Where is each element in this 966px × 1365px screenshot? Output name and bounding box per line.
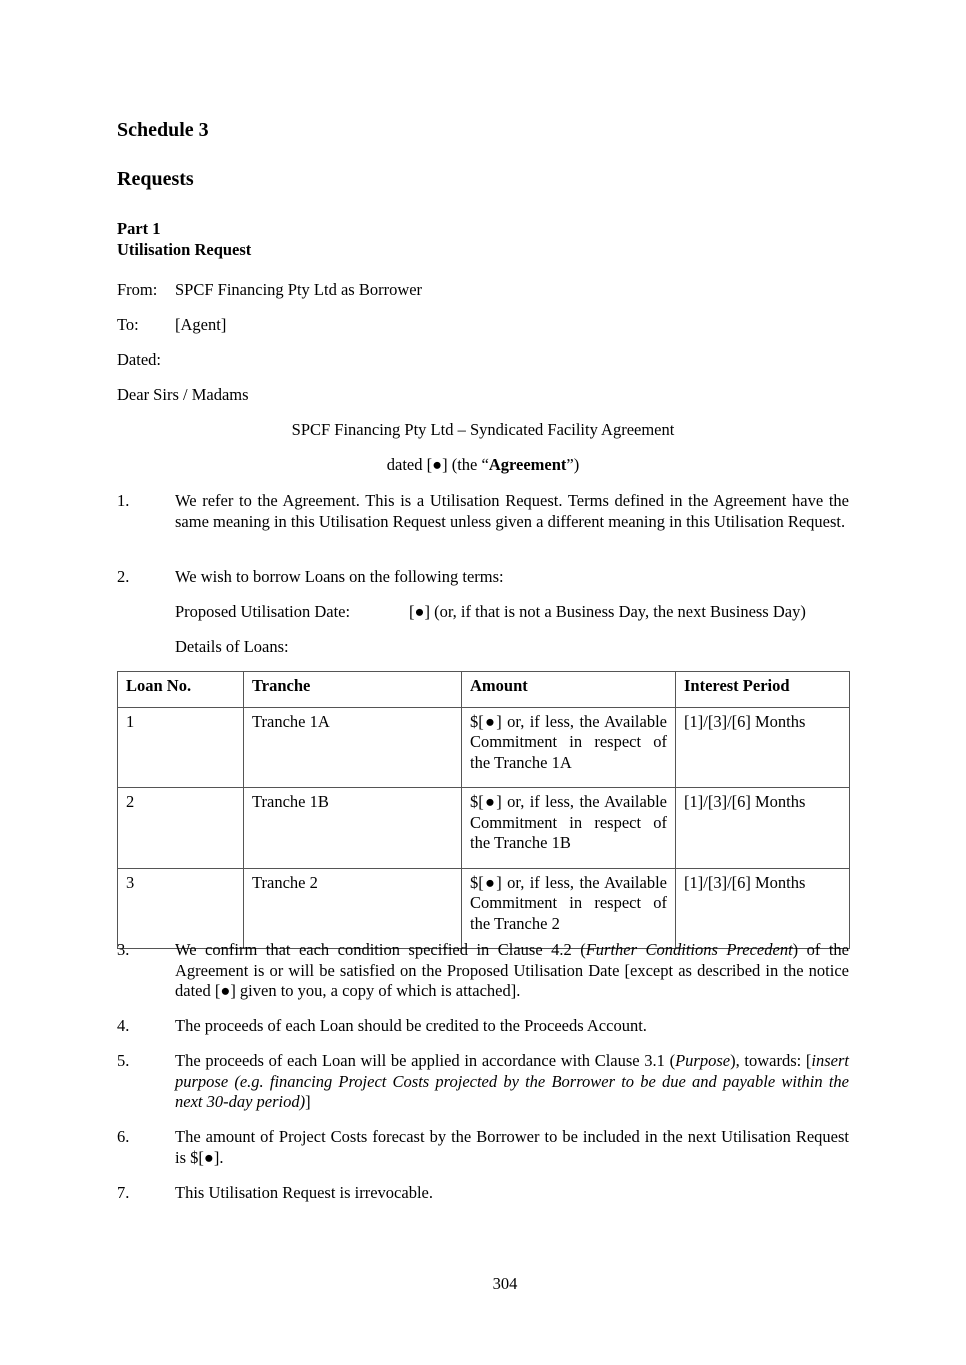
amount-cell: $[●] or, if less, the Available Commitme…	[462, 707, 676, 788]
proposed-utilisation-date-label: Proposed Utilisation Date:	[175, 602, 350, 623]
column-header-amount: Amount	[462, 672, 676, 708]
dated-line-suffix: ”)	[566, 455, 579, 474]
clause-5-text: The proceeds of each Loan will be applie…	[175, 1051, 849, 1113]
clause-3-reference: Further Conditions Precedent	[586, 940, 793, 959]
clause-2-text: We wish to borrow Loans on the following…	[175, 567, 849, 588]
clause-3-number: 3.	[117, 940, 129, 961]
tranche-cell: Tranche 1A	[244, 707, 462, 788]
amount-cell: $[●] or, if less, the Available Commitme…	[462, 868, 676, 949]
agreement-defined-term: Agreement	[489, 455, 567, 474]
agreement-dated-line: dated [●] (the “Agreement”)	[117, 455, 849, 476]
clause-5-number: 5.	[117, 1051, 129, 1072]
tranche-cell: Tranche 2	[244, 868, 462, 949]
dated-line-prefix: dated [●] (the “	[387, 455, 489, 474]
salutation: Dear Sirs / Madams	[117, 385, 249, 406]
requests-heading: Requests	[117, 167, 194, 191]
page-number: 304	[0, 1274, 966, 1295]
interest-period-cell: [1]/[3]/[6] Months	[676, 788, 850, 869]
interest-period-cell: [1]/[3]/[6] Months	[676, 868, 850, 949]
agreement-subject: SPCF Financing Pty Ltd – Syndicated Faci…	[117, 420, 849, 441]
table-row: 3 Tranche 2 $[●] or, if less, the Availa…	[118, 868, 850, 949]
part-heading: Part 1	[117, 219, 161, 240]
amount-cell: $[●] or, if less, the Available Commitme…	[462, 788, 676, 869]
clause-4-number: 4.	[117, 1016, 129, 1037]
clause-3-text: We confirm that each condition specified…	[175, 940, 849, 1002]
table-row: 1 Tranche 1A $[●] or, if less, the Avail…	[118, 707, 850, 788]
tranche-cell: Tranche 1B	[244, 788, 462, 869]
part-title-heading: Utilisation Request	[117, 240, 251, 261]
proposed-utilisation-date-value: [●] (or, if that is not a Business Day, …	[409, 602, 806, 623]
clause-1-number: 1.	[117, 491, 129, 512]
details-of-loans-label: Details of Loans:	[175, 637, 289, 658]
clause-2-number: 2.	[117, 567, 129, 588]
from-line: From:SPCF Financing Pty Ltd as Borrower	[117, 280, 422, 301]
loan-no-cell: 3	[118, 868, 244, 949]
to-label: To:	[117, 315, 175, 336]
clause-7-text: This Utilisation Request is irrevocable.	[175, 1183, 849, 1204]
to-line: To:[Agent]	[117, 315, 226, 336]
column-header-interest-period: Interest Period	[676, 672, 850, 708]
table-header-row: Loan No. Tranche Amount Interest Period	[118, 672, 850, 708]
loan-no-cell: 1	[118, 707, 244, 788]
clause-5-text-mid: ), towards: [	[730, 1051, 811, 1070]
column-header-loan-no: Loan No.	[118, 672, 244, 708]
from-value: SPCF Financing Pty Ltd as Borrower	[175, 280, 422, 299]
dated-line: Dated:	[117, 350, 161, 371]
clause-5-reference: Purpose	[675, 1051, 730, 1070]
clause-7-number: 7.	[117, 1183, 129, 1204]
column-header-tranche: Tranche	[244, 672, 462, 708]
clause-6-text: The amount of Project Costs forecast by …	[175, 1127, 849, 1168]
clause-5-text-after: ]	[305, 1092, 311, 1111]
clause-4-text: The proceeds of each Loan should be cred…	[175, 1016, 849, 1037]
from-label: From:	[117, 280, 175, 301]
clause-5-text-before: The proceeds of each Loan will be applie…	[175, 1051, 675, 1070]
clause-3-text-before: We confirm that each condition specified…	[175, 940, 586, 959]
schedule-heading: Schedule 3	[117, 118, 209, 142]
clause-1-text: We refer to the Agreement. This is a Uti…	[175, 491, 849, 532]
to-value: [Agent]	[175, 315, 226, 334]
interest-period-cell: [1]/[3]/[6] Months	[676, 707, 850, 788]
clause-6-number: 6.	[117, 1127, 129, 1148]
table-row: 2 Tranche 1B $[●] or, if less, the Avail…	[118, 788, 850, 869]
loans-table: Loan No. Tranche Amount Interest Period …	[117, 671, 850, 949]
loan-no-cell: 2	[118, 788, 244, 869]
dated-label: Dated:	[117, 350, 161, 369]
